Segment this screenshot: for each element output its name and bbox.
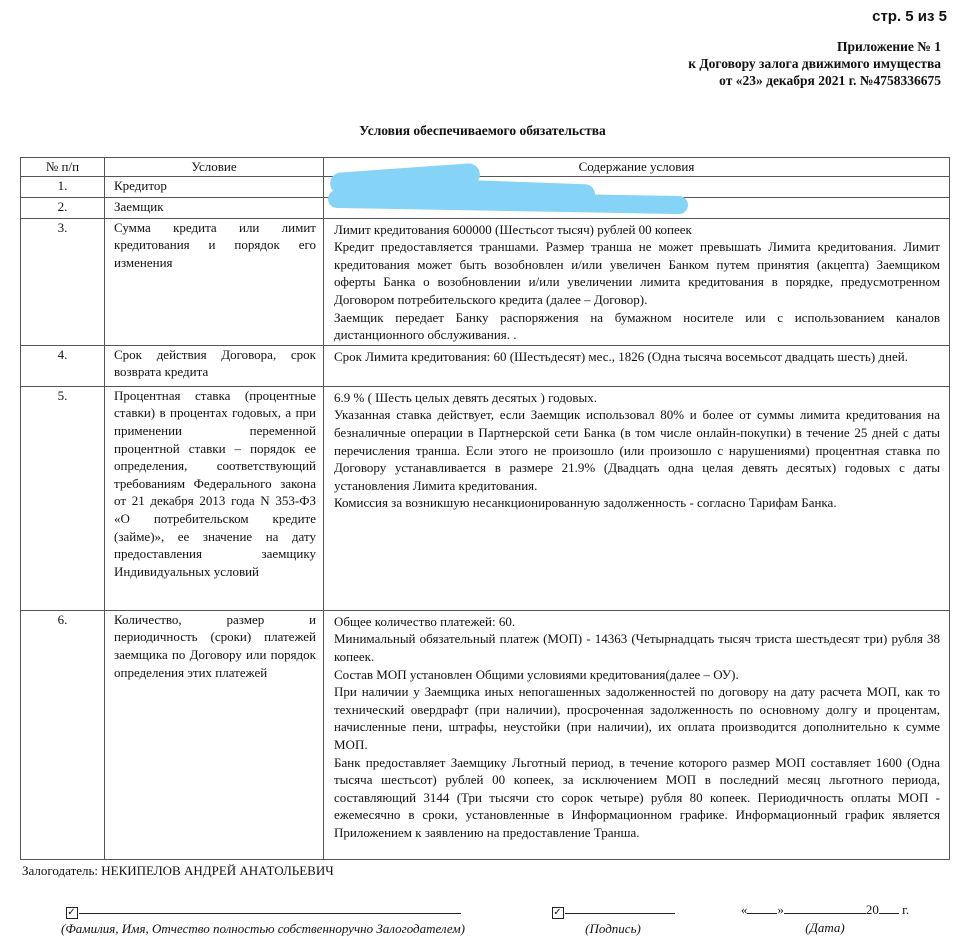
fullname-caption: (Фамилия, Имя, Отчество полностью собств… (28, 921, 498, 937)
row-content: Общее количество платежей: 60. Минимальн… (324, 610, 950, 859)
fullname-signature-block: ✓ (Фамилия, Имя, Отчество полностью собс… (28, 902, 498, 937)
row-number: 1. (21, 176, 105, 197)
content-paragraph: При наличии у Заемщика иных непогашенных… (334, 683, 940, 753)
appendix-number: Приложение № 1 (688, 38, 941, 55)
document-title: Условия обеспечиваемого обязательства (0, 123, 957, 139)
table-row: 3. Сумма кредита или лимит кредитования … (21, 218, 950, 345)
content-paragraph: Минимальный обязательный платеж (МОП) - … (334, 630, 940, 665)
pledgor-name: НЕКИПЕЛОВ АНДРЕЙ АНАТОЛЬЕВИЧ (101, 863, 333, 878)
row-content: Срок Лимита кредитования: 60 (Шестьдесят… (324, 345, 950, 386)
content-paragraph: Комиссия за возникшую несанкционированну… (334, 494, 940, 512)
date-suffix: г. (902, 902, 909, 917)
row-number: 2. (21, 197, 105, 218)
content-paragraph: Указанная ставка действует, если Заемщик… (334, 406, 940, 494)
check-icon: ✓ (552, 907, 564, 919)
row-content: 6.9 % ( Шесть целых девять десятых ) год… (324, 386, 950, 610)
table-header-row: № п/п Условие Содержание условия (21, 158, 950, 177)
date-month-field[interactable] (784, 902, 866, 914)
row-condition: Количество, размер и периодичность (срок… (105, 610, 324, 859)
content-paragraph: 6.9 % ( Шесть целых девять десятых ) год… (334, 389, 940, 407)
content-paragraph: Кредит предоставляется траншами. Размер … (334, 238, 940, 308)
table-row: 4. Срок действия Договора, срок возврата… (21, 345, 950, 386)
date-block: «»20 г. (Дата) (730, 902, 920, 936)
content-paragraph: Банк предоставляет Заемщику Льготный пер… (334, 754, 940, 842)
row-condition: Процентная ставка (процентные ставки) в … (105, 386, 324, 610)
content-paragraph: Лимит кредитования 600000 (Шестьсот тыся… (334, 221, 940, 239)
signature-field[interactable] (565, 902, 675, 914)
row-number: 4. (21, 345, 105, 386)
row-number: 5. (21, 386, 105, 610)
row-number: 3. (21, 218, 105, 345)
signature-block: ✓ (Подпись) (548, 902, 678, 937)
check-icon: ✓ (66, 907, 78, 919)
table-row: 5. Процентная ставка (процентные ставки)… (21, 386, 950, 610)
row-condition: Заемщик (105, 197, 324, 218)
pledgor-label: Залогодатель: (22, 863, 98, 878)
header-number: № п/п (21, 158, 105, 177)
content-paragraph: Срок Лимита кредитования: 60 (Шестьдесят… (334, 348, 940, 366)
content-paragraph: Заемщик передает Банку распоряжения на б… (334, 309, 940, 344)
header-condition: Условие (105, 158, 324, 177)
row-content: Лимит кредитования 600000 (Шестьсот тыся… (324, 218, 950, 345)
row-condition: Срок действия Договора, срок возврата кр… (105, 345, 324, 386)
row-condition: Сумма кредита или лимит кредитования и п… (105, 218, 324, 345)
date-caption: (Дата) (730, 920, 920, 936)
table-row: 6. Количество, размер и периодичность (с… (21, 610, 950, 859)
content-paragraph: Состав МОП установлен Общими условиями к… (334, 666, 940, 684)
appendix-header: Приложение № 1 к Договору залога движимо… (688, 38, 941, 89)
fullname-field[interactable] (79, 902, 461, 914)
appendix-date-number: от «23» декабря 2021 г. №4758336675 (688, 72, 941, 89)
appendix-contract: к Договору залога движимого имущества (688, 55, 941, 72)
signature-caption: (Подпись) (548, 921, 678, 937)
content-paragraph: Общее количество платежей: 60. (334, 613, 940, 631)
row-number: 6. (21, 610, 105, 859)
date-day-field[interactable] (747, 902, 777, 914)
pledgor-line: Залогодатель: НЕКИПЕЛОВ АНДРЕЙ АНАТОЛЬЕВ… (22, 863, 334, 879)
row-condition: Кредитор (105, 176, 324, 197)
terms-table: № п/п Условие Содержание условия 1. Кред… (20, 157, 950, 860)
date-century: 20 (866, 902, 879, 917)
page-indicator: стр. 5 из 5 (872, 8, 947, 25)
date-year-field[interactable] (879, 902, 899, 914)
